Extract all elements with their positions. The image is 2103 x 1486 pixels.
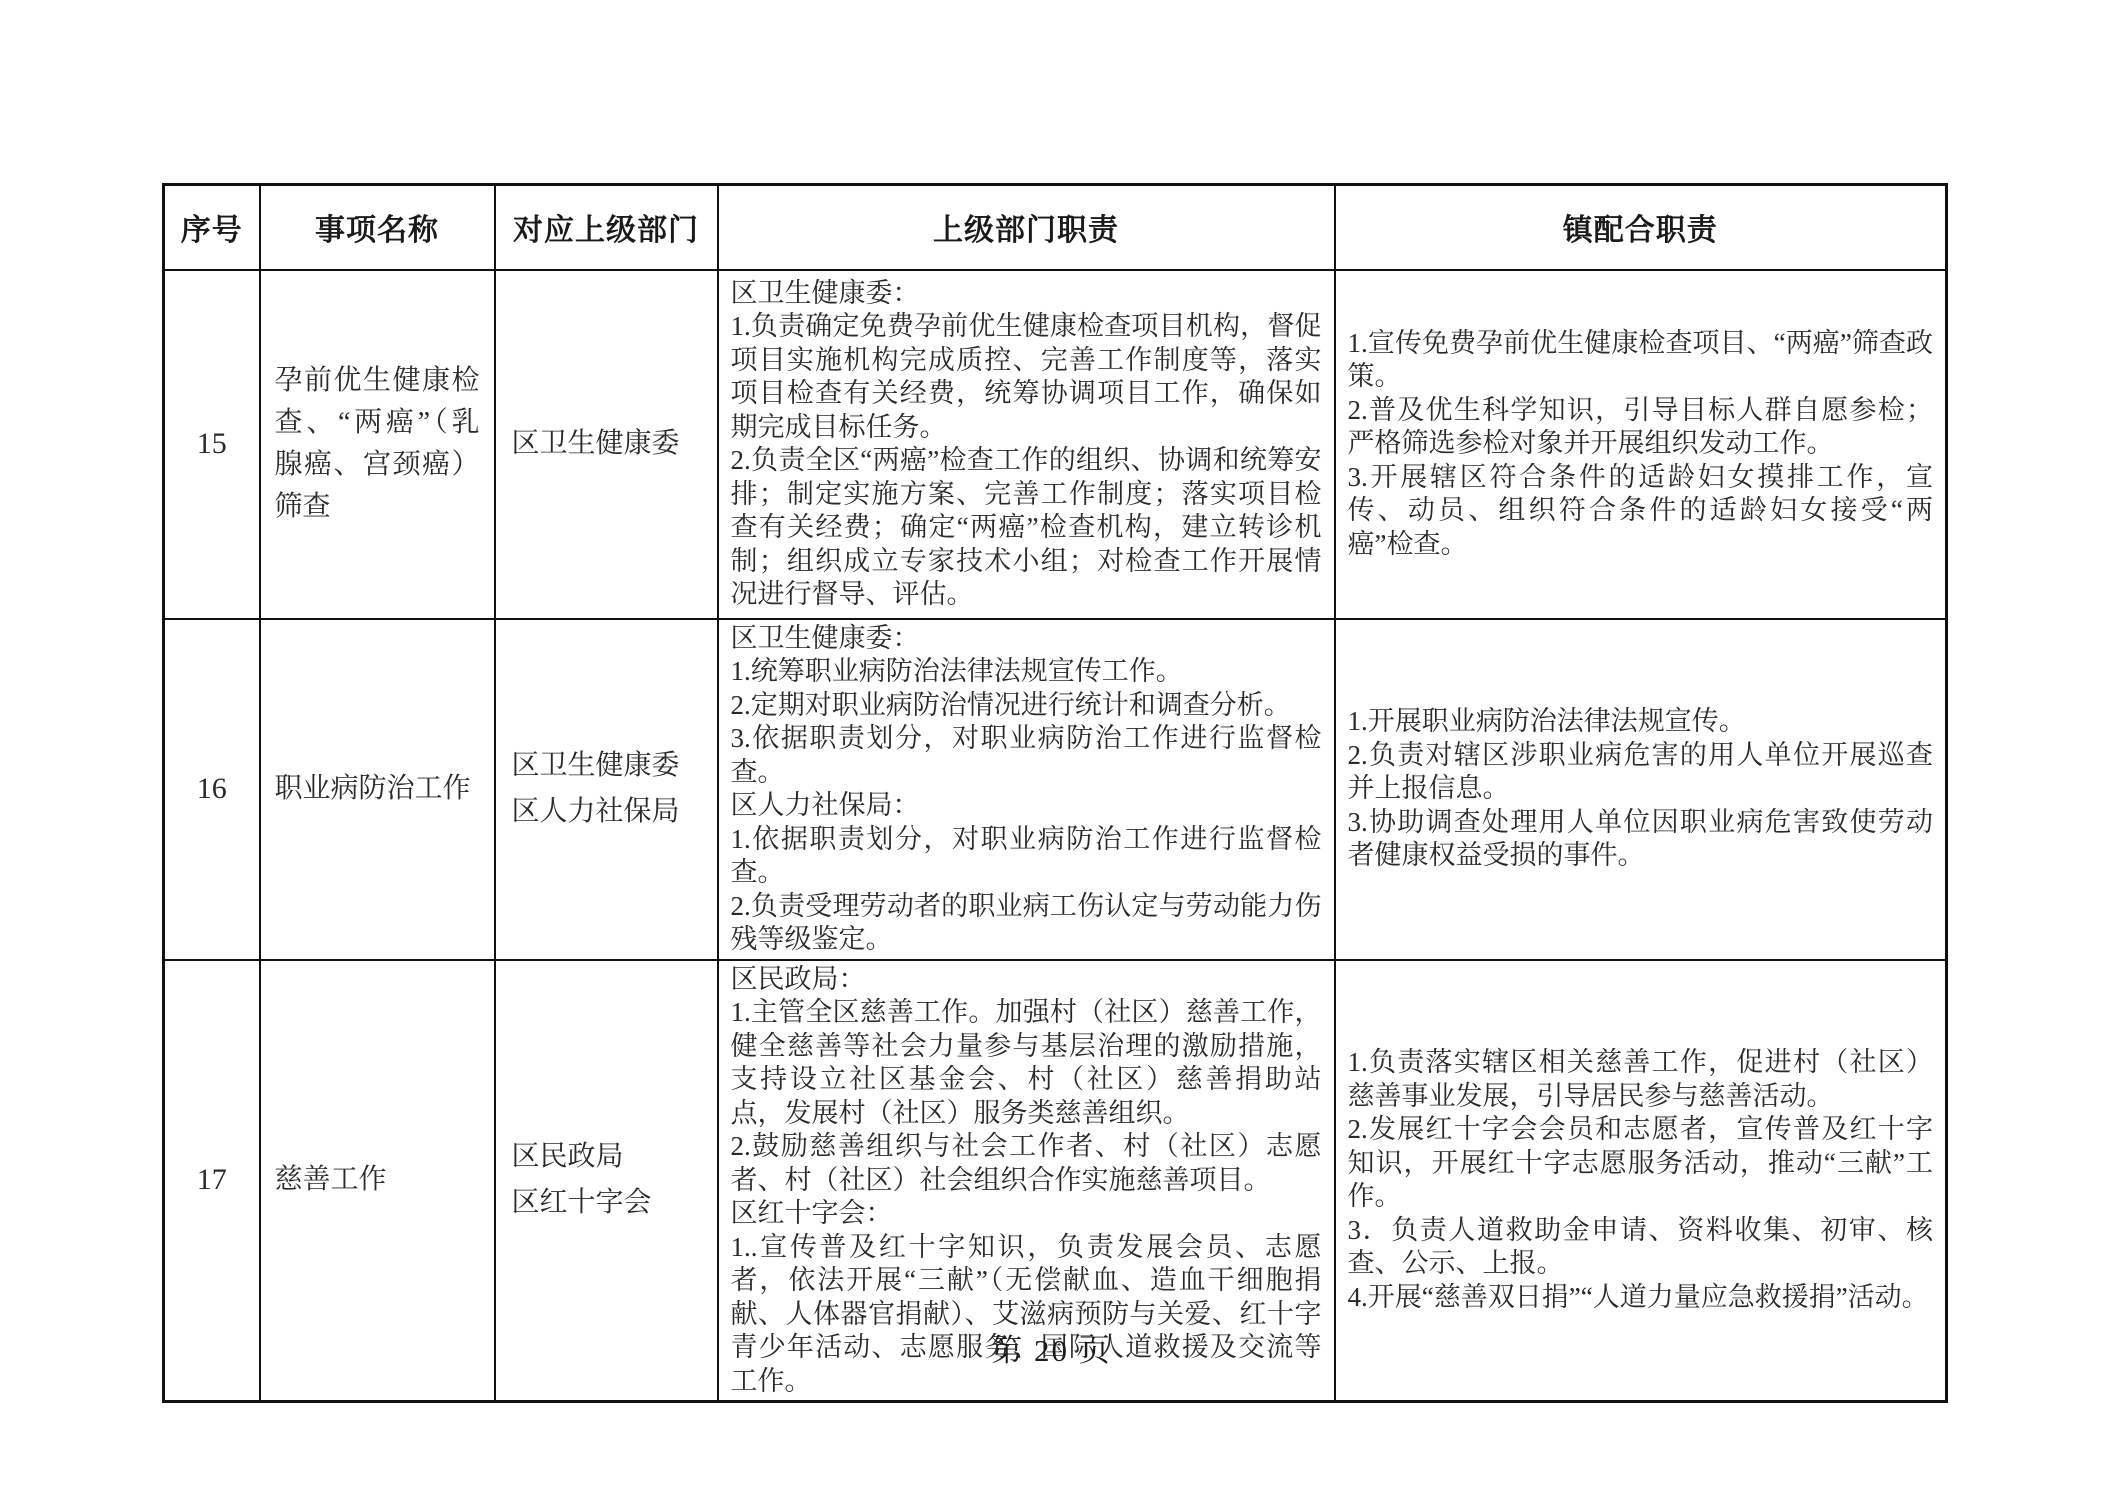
item-name-cell: 孕前优生健康检查、“两癌”（乳腺癌、宫颈癌）筛查 bbox=[260, 270, 495, 619]
duties-table: 序号 事项名称 对应上级部门 上级部门职责 镇配合职责 15 孕前优生健康检查、… bbox=[162, 183, 1948, 1403]
town-duties-cell: 1.宣传免费孕前优生健康检查项目、“两癌”筛查政策。 2.普及优生科学知识，引导… bbox=[1335, 270, 1947, 619]
table-row: 16 职业病防治工作 区卫生健康委 区人力社保局 区卫生健康委： 1.统筹职业病… bbox=[164, 619, 1947, 960]
row-number-cell: 16 bbox=[164, 619, 260, 960]
col-header-number: 序号 bbox=[164, 185, 260, 270]
col-header-town-duties: 镇配合职责 bbox=[1335, 185, 1947, 270]
table-row: 15 孕前优生健康检查、“两癌”（乳腺癌、宫颈癌）筛查 区卫生健康委 区卫生健康… bbox=[164, 270, 1947, 619]
page-number: 第 20 页 bbox=[0, 1325, 2103, 1370]
col-header-item-name: 事项名称 bbox=[260, 185, 495, 270]
document-page: 序号 事项名称 对应上级部门 上级部门职责 镇配合职责 15 孕前优生健康检查、… bbox=[0, 0, 2103, 1486]
item-name-cell: 职业病防治工作 bbox=[260, 619, 495, 960]
superior-dept-cell: 区卫生健康委 bbox=[495, 270, 718, 619]
superior-dept-cell: 区卫生健康委 区人力社保局 bbox=[495, 619, 718, 960]
superior-duties-cell: 区卫生健康委： 1.统筹职业病防治法律法规宣传工作。 2.定期对职业病防治情况进… bbox=[718, 619, 1335, 960]
table-header-row: 序号 事项名称 对应上级部门 上级部门职责 镇配合职责 bbox=[164, 185, 1947, 270]
col-header-superior-duties: 上级部门职责 bbox=[718, 185, 1335, 270]
town-duties-cell: 1.开展职业病防治法律法规宣传。 2.负责对辖区涉职业病危害的用人单位开展巡查并… bbox=[1335, 619, 1947, 960]
col-header-superior-dept: 对应上级部门 bbox=[495, 185, 718, 270]
superior-duties-cell: 区卫生健康委： 1.负责确定免费孕前优生健康检查项目机构，督促项目实施机构完成质… bbox=[718, 270, 1335, 619]
row-number-cell: 15 bbox=[164, 270, 260, 619]
